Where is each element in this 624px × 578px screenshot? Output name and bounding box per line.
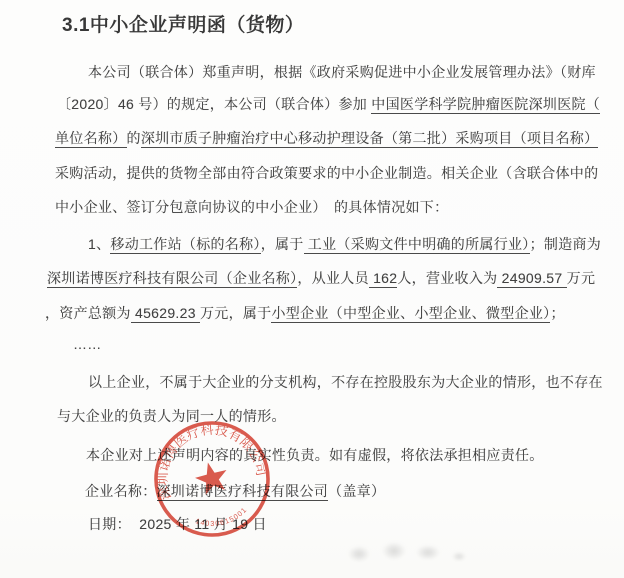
text-segment: ； — [550, 305, 564, 321]
document-line: …… — [73, 336, 102, 352]
filled-blank: 单位名称） — [55, 130, 127, 148]
text-segment: 1、 — [88, 236, 110, 252]
text-segment: （盖章） — [328, 483, 385, 499]
document-line: 中小企业、签订分包意向协议的中小企业） 的具体情况如下： — [55, 197, 448, 217]
seal-rotated-group: 深圳诺博医疗科技有限公司 14030615001 — [150, 417, 274, 541]
scan-smudge — [452, 552, 466, 561]
text-segment: 中小企业、签订分包意向协议的中小企业） 的具体情况如下： — [55, 199, 448, 215]
text-segment: 采购活动，提供的货物全部由符合政策要求的中小企业制造。相关企业（含联合体中的 — [55, 165, 598, 181]
text-segment: 万元，属于 — [200, 305, 272, 321]
seal-star-icon — [192, 459, 231, 497]
text-segment: 本公司（联合体）郑重声明，根据《政府采购促进中小企业发展管理办法》（财库 — [88, 64, 596, 80]
text-segment: 万元 — [567, 270, 596, 286]
filled-blank: 工业（采购文件中明确的所属行业） — [304, 236, 530, 254]
text-segment: ，从业人员 — [297, 270, 369, 286]
text-segment: 的 — [127, 130, 141, 146]
filled-blank: 深圳诺博医疗科技有限公司（企业名称） — [47, 270, 297, 288]
text-segment: ，资产总额为 — [45, 305, 131, 321]
filled-blank: 162 — [369, 270, 397, 288]
document-line: 本公司（联合体）郑重声明，根据《政府采购促进中小企业发展管理办法》（财库 — [88, 62, 596, 82]
document-line: 以上企业，不属于大企业的分支机构，不存在控股股东为大企业的情形，也不存在 — [88, 372, 603, 392]
declaration-document-page: 3.1中小企业声明函（货物） 本公司（联合体）郑重声明，根据《政府采购促进中小企… — [0, 0, 624, 578]
document-line: 单位名称）的深圳市质子肿瘤治疗中心移动护理设备（第二批）采购项目（项目名称） — [55, 128, 598, 148]
text-segment: ；制造商为 — [530, 236, 602, 252]
text-segment: 〔2020〕46 号）的规定，本公司（联合体）参加 — [57, 96, 371, 112]
company-seal-stamp: 深圳诺博医疗科技有限公司 14030615001 — [150, 417, 274, 541]
document-line: 〔2020〕46 号）的规定，本公司（联合体）参加 中国医学科学院肿瘤医院深圳医… — [57, 94, 600, 114]
filled-blank: 移动工作站（标的名称） — [110, 236, 260, 254]
text-segment: 以上企业，不属于大企业的分支机构，不存在控股股东为大企业的情形，也不存在 — [88, 374, 603, 390]
text-segment: ，属于 — [261, 236, 304, 252]
scan-smudge — [348, 546, 370, 562]
text-segment: 企业名称： — [85, 483, 157, 499]
text-segment: …… — [73, 336, 102, 352]
filled-blank: 45629.23 — [131, 305, 200, 323]
scan-smudge — [416, 545, 440, 560]
filled-blank: 中国医学科学院肿瘤医院深圳医院（ — [371, 96, 600, 114]
document-line: 1、移动工作站（标的名称），属于 工业（采购文件中明确的所属行业）；制造商为 — [88, 234, 601, 254]
filled-blank: 小型企业（中型企业、小型企业、微型企业） — [271, 305, 550, 323]
document-line: 采购活动，提供的货物全部由符合政策要求的中小企业制造。相关企业（含联合体中的 — [55, 163, 598, 183]
text-segment: 人，营业收入为 — [397, 270, 497, 286]
filled-blank: 24909.57 — [497, 270, 566, 288]
seal-registration-code: 14030615001 — [193, 504, 251, 533]
filled-blank: 深圳市质子肿瘤治疗中心移动护理设备（第二批）采购项目（项目名称） — [141, 130, 599, 148]
scan-smudge — [382, 542, 406, 560]
document-line: ，资产总额为 45629.23 万元，属于小型企业（中型企业、小型企业、微型企业… — [45, 303, 565, 323]
document-title: 3.1中小企业声明函（货物） — [62, 10, 304, 37]
document-line: 深圳诺博医疗科技有限公司（企业名称），从业人员 162人，营业收入为 24909… — [47, 268, 595, 288]
